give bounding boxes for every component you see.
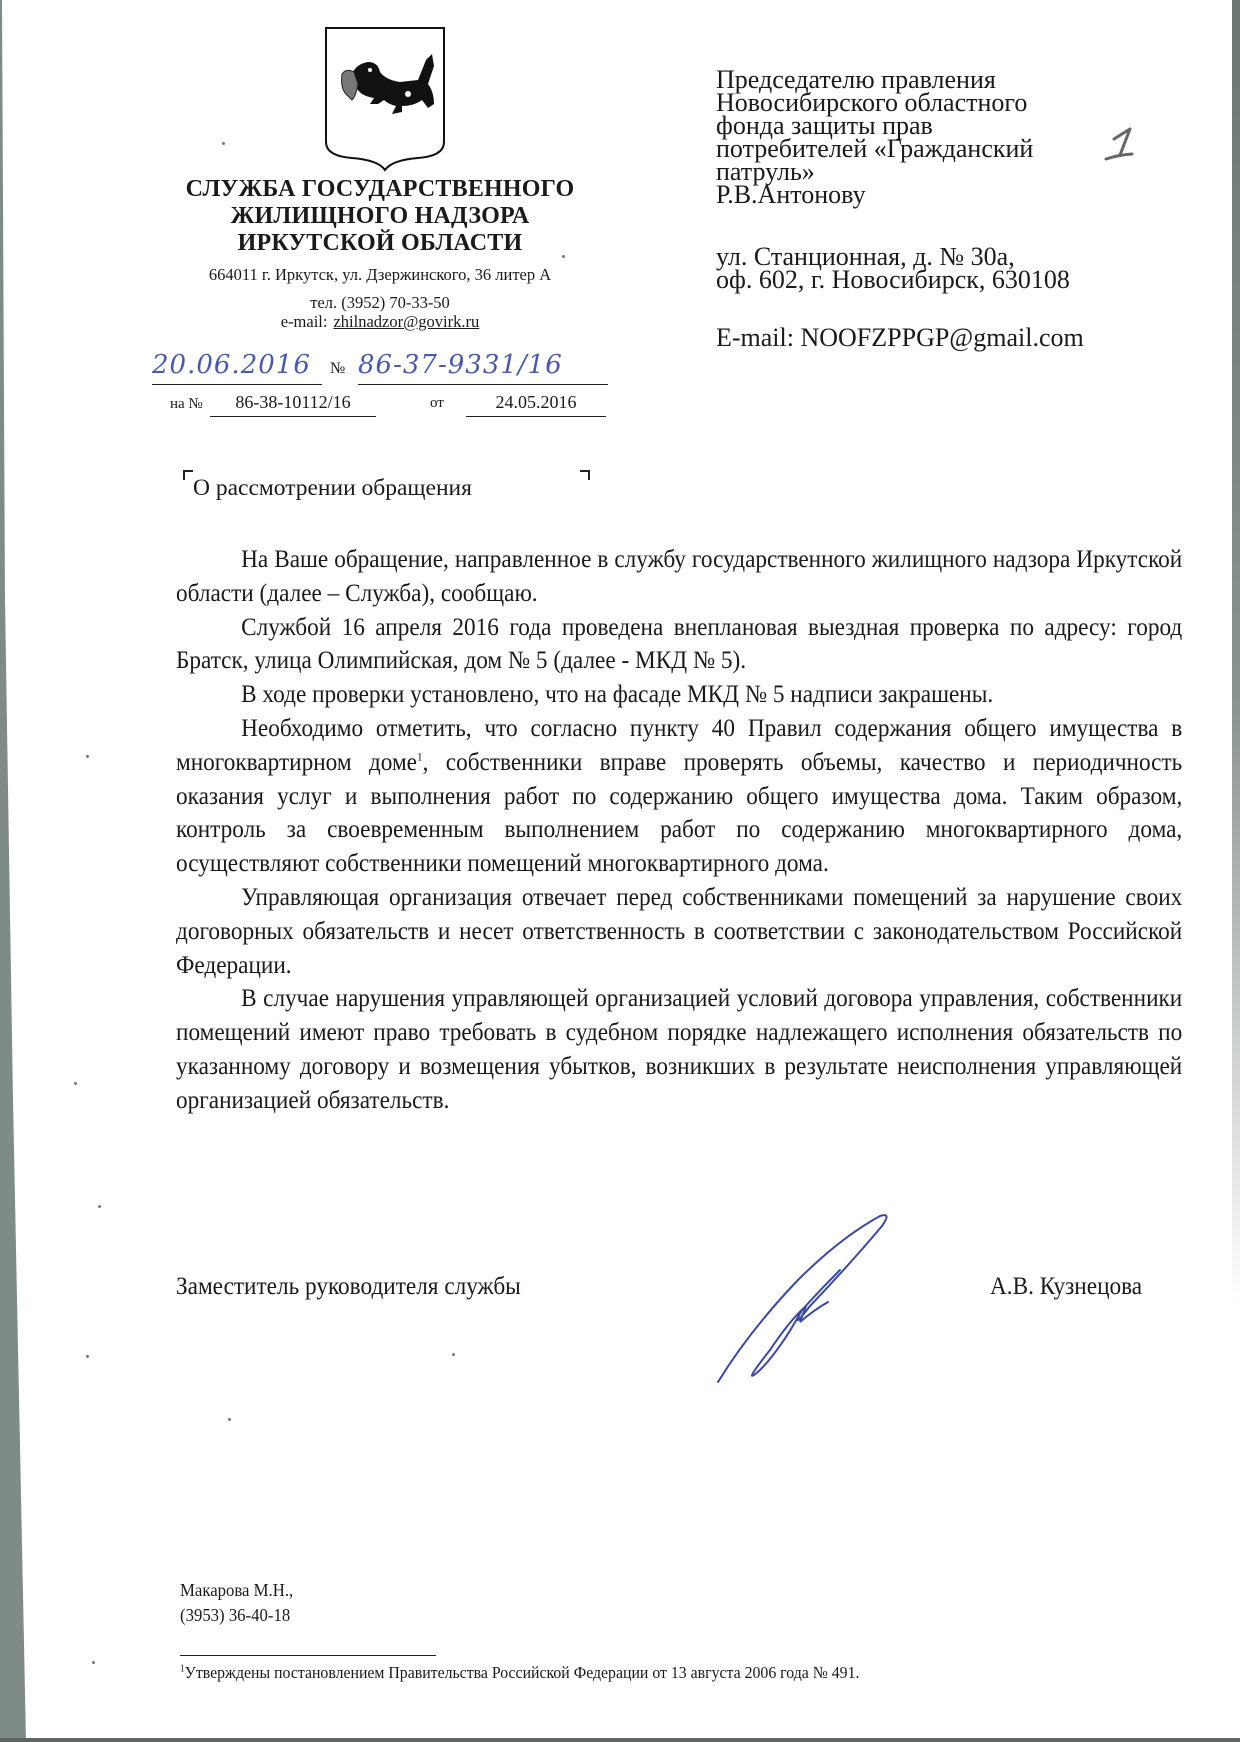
handwritten-page-mark-icon <box>1100 125 1140 170</box>
body-paragraph: На Ваше обращение, направленное в службу… <box>176 543 1182 611</box>
scan-speck <box>86 1355 89 1358</box>
sender-email-label: e-mail: <box>281 312 328 331</box>
recipient-address: ул. Станционная, д. № 30а, оф. 602, г. Н… <box>716 245 1156 291</box>
reference-number-label: на № <box>170 396 203 413</box>
scan-edge-bottom <box>0 1738 1240 1742</box>
signatory-title: Заместитель руководителя службы <box>176 1273 521 1301</box>
scan-speck <box>92 1661 95 1664</box>
registration-row: 20.06.2016 № 86-37-9331/16 <box>150 350 610 386</box>
letter-body: На Ваше обращение, направленное в службу… <box>176 543 1182 1118</box>
footnote-text: Утверждены постановлением Правительства … <box>185 1663 860 1682</box>
subject-corner-mark <box>183 470 193 480</box>
handwritten-signature-icon <box>710 1210 930 1390</box>
registration-number-label: № <box>330 360 345 378</box>
sender-org-name-line: ИРКУТСКОЙ ОБЛАСТИ <box>150 230 610 257</box>
scan-edge-left <box>0 0 26 1742</box>
subject-corner-mark <box>580 470 590 480</box>
body-paragraph: Необходимо отметить, что согласно пункту… <box>176 712 1182 881</box>
executor-name: Макарова М.Н., <box>180 1578 293 1603</box>
recipient-block: Председателю правления Новосибирского об… <box>716 68 1156 206</box>
sender-email-line: e-mail:zhilnadzor@govirk.ru <box>150 312 610 331</box>
scan-edge-right <box>1232 0 1240 1742</box>
scan-speck <box>452 1353 455 1356</box>
body-paragraph: Службой 16 апреля 2016 года проведена вн… <box>176 611 1182 679</box>
reference-date: 24.05.2016 <box>466 392 606 417</box>
registration-date-handwritten: 20.06.2016 <box>152 350 322 385</box>
reference-from-label: от <box>430 395 444 412</box>
registration-number-handwritten: 86-37-9331/16 <box>358 350 608 385</box>
body-paragraph: В ходе проверки установлено, что на фаса… <box>176 678 1182 712</box>
scan-speck <box>562 255 565 258</box>
recipient-address-line: оф. 602, г. Новосибирск, 630108 <box>716 268 1156 291</box>
scan-speck <box>74 1082 77 1085</box>
executor-phone: (3953) 36-40-18 <box>180 1603 293 1628</box>
footnote-divider <box>180 1655 436 1656</box>
scan-speck <box>86 755 89 758</box>
reference-number: 86-38-10112/16 <box>210 392 376 417</box>
irkutsk-coat-of-arms-icon <box>322 24 448 174</box>
sender-phone: тел. (3952) 70-33-50 <box>150 293 610 312</box>
reference-row: на № 86-38-10112/16 от 24.05.2016 <box>150 392 610 420</box>
footnote: 1Утверждены постановлением Правительства… <box>180 1663 859 1683</box>
body-paragraph: Управляющая организация отвечает перед с… <box>176 881 1182 982</box>
scan-speck <box>222 142 225 145</box>
sender-org-name-line: ЖИЛИЩНОГО НАДЗОРА <box>150 203 610 230</box>
body-paragraph: В случае нарушения управляющей организац… <box>176 982 1182 1117</box>
scan-speck <box>98 1205 101 1208</box>
sender-address: 664011 г. Иркутск, ул. Дзержинского, 36 … <box>150 265 610 285</box>
sender-org-name: СЛУЖБА ГОСУДАРСТВЕННОГО ЖИЛИЩНОГО НАДЗОР… <box>150 176 610 257</box>
sender-email-link[interactable]: zhilnadzor@govirk.ru <box>333 312 479 331</box>
executor-block: Макарова М.Н., (3953) 36-40-18 <box>180 1578 293 1628</box>
sender-org-name-line: СЛУЖБА ГОСУДАРСТВЕННОГО <box>150 176 610 203</box>
signatory-name: А.В. Кузнецова <box>990 1273 1142 1301</box>
letter-subject: О рассмотрении обращения <box>193 475 472 502</box>
scan-speck <box>228 1418 231 1421</box>
recipient-email: E-mail: NOOFZPPGP@gmail.com <box>716 323 1216 353</box>
recipient-line: Р.В.Антонову <box>716 183 1156 206</box>
